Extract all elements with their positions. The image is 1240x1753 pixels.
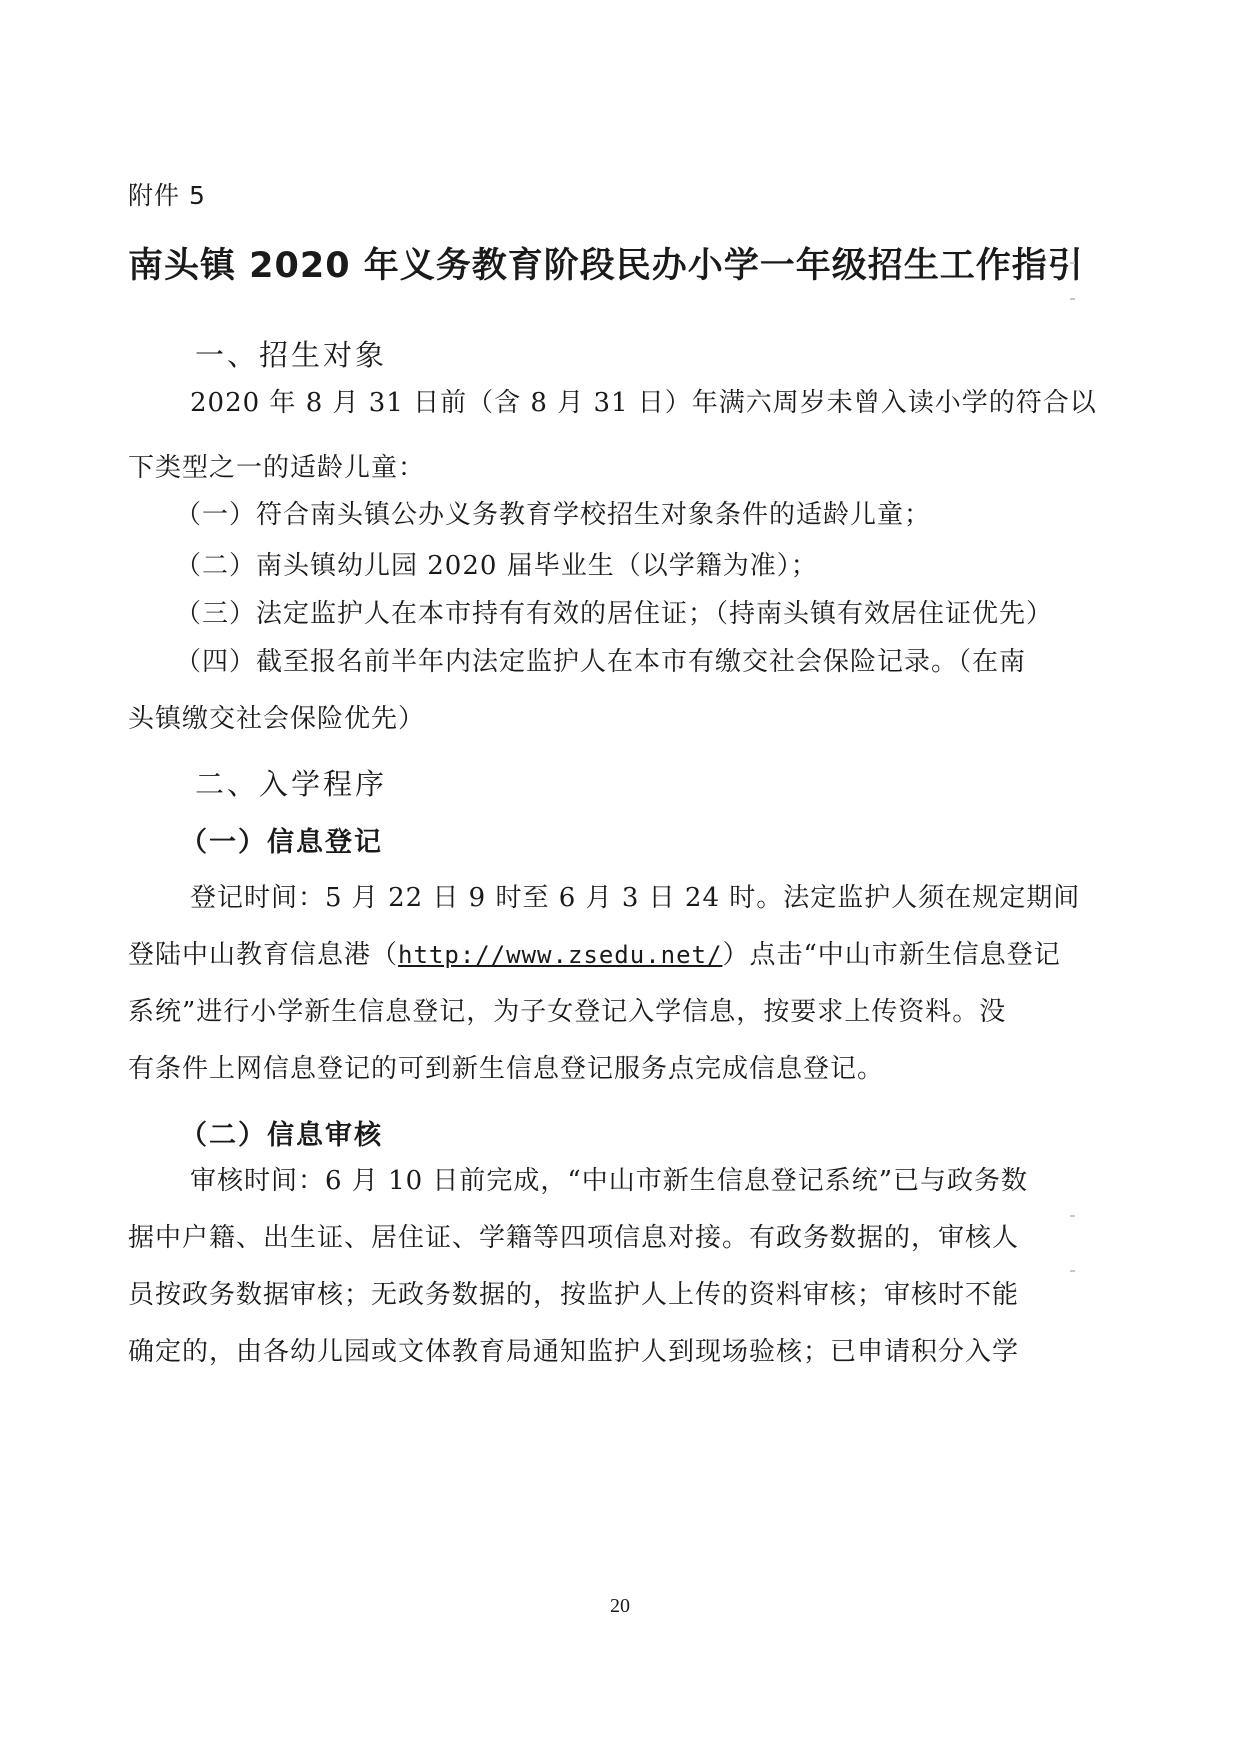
scan-artifact [1070, 262, 1075, 264]
attachment-label: 附件 5 [128, 176, 206, 212]
paragraph-line: 据中户籍、出生证、居住证、学籍等四项信息对接。有政务数据的，审核人 [128, 1217, 1118, 1254]
zsedu-link[interactable]: http://www.zsedu.net/ [398, 941, 722, 969]
paragraph-line: 2020 年 8 月 31 日前（含 8 月 31 日）年满六周岁未曾入读小学的… [190, 382, 1180, 419]
list-item: （三）法定监护人在本市持有有效的居住证；（持南头镇有效居住证优先） [175, 593, 1165, 630]
paragraph-line: 有条件上网信息登记的可到新生信息登记服务点完成信息登记。 [128, 1048, 1118, 1085]
document-title: 南头镇 2020 年义务教育阶段民办小学一年级招生工作指引 [128, 238, 1084, 288]
scan-artifact [1070, 1215, 1075, 1217]
section-heading-enrollment-targets: 一、招生对象 [195, 333, 387, 374]
list-item: （四）截至报名前半年内法定监护人在本市有缴交社会保险记录。（在南 [175, 641, 1165, 678]
paragraph-line: 员按政务数据审核；无政务数据的，按监护人上传的资料审核；审核时不能 [128, 1274, 1118, 1311]
document-page: 附件 5 南头镇 2020 年义务教育阶段民办小学一年级招生工作指引 一、招生对… [0, 0, 1240, 1753]
paragraph-line: 头镇缴交社会保险优先） [128, 698, 1118, 735]
paragraph-line-with-url: 登陆中山教育信息港（http://www.zsedu.net/）点击“中山市新生… [128, 934, 1118, 971]
paragraph-line: 确定的，由各幼儿园或文体教育局通知监护人到现场验核；已申请积分入学 [128, 1331, 1118, 1368]
url-line-suffix: ）点击“中山市新生信息登记 [722, 940, 1060, 970]
scan-artifact [1070, 298, 1075, 300]
list-item: （二）南头镇幼儿园 2020 届毕业生（以学籍为准）； [175, 545, 1165, 582]
subsection-heading-registration: （一）信息登记 [180, 820, 383, 859]
subsection-heading-review: （二）信息审核 [180, 1113, 383, 1152]
paragraph-line: 审核时间：6 月 10 日前完成，“中山市新生信息登记系统”已与政务数 [190, 1160, 1180, 1197]
paragraph-line: 系统”进行小学新生信息登记，为子女登记入学信息，按要求上传资料。没 [128, 991, 1118, 1028]
list-item: （一）符合南头镇公办义务教育学校招生对象条件的适龄儿童； [175, 494, 1165, 531]
paragraph-line: 下类型之一的适龄儿童： [128, 447, 1118, 484]
url-line-prefix: 登陆中山教育信息港（ [128, 940, 398, 970]
page-number: 20 [0, 1595, 1240, 1618]
paragraph-line: 登记时间：5 月 22 日 9 时至 6 月 3 日 24 时。法定监护人须在规… [190, 877, 1180, 914]
section-heading-admission-procedure: 二、入学程序 [195, 762, 387, 803]
scan-artifact [1070, 1270, 1075, 1272]
